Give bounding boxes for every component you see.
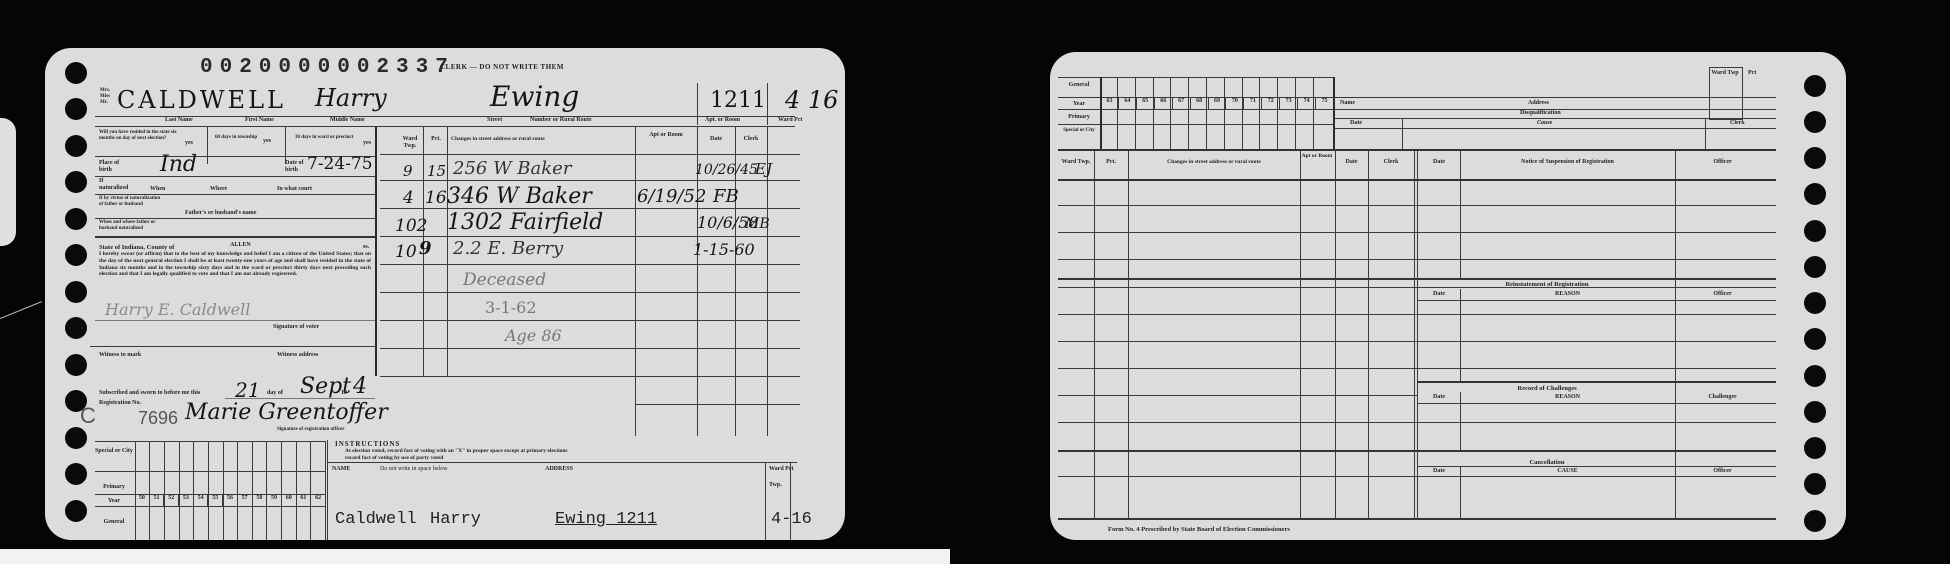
label-middle-name: Middle Name	[330, 117, 365, 124]
oath-state-county: State of Indiana, County of	[99, 244, 174, 251]
resided-answer: yes	[185, 140, 193, 147]
col-suspension-date: Date	[1418, 159, 1460, 166]
col-apt: Apt or Room	[637, 132, 695, 139]
label-naturalized: If naturalized	[99, 178, 133, 192]
label-date-back: Date	[1350, 120, 1362, 127]
film-edge-fragment	[0, 118, 16, 246]
instructions-title: INSTRUCTIONS	[335, 440, 400, 448]
oath-county: ALLEN	[230, 242, 251, 249]
film-bottom-strip	[0, 549, 950, 564]
days-ward-answer: yes	[363, 140, 371, 147]
stub-ward-pct: 4-16	[771, 510, 812, 529]
label-name-back: Name	[1340, 100, 1355, 107]
label-day-of: day of	[267, 390, 283, 397]
registrar-signature: Marie Greentoffer	[185, 400, 388, 425]
label-stub-twp: Twp.	[769, 482, 782, 489]
stub-address: Ewing 1211	[555, 510, 657, 529]
oath-ss: ss.	[363, 244, 369, 251]
label-place-of-birth: Place of birth	[99, 160, 123, 174]
label-address-back: Address	[1528, 100, 1549, 107]
label-year-prefix: 19	[341, 390, 347, 397]
label-disqualification: Disqualification	[1520, 110, 1561, 117]
serial-number: 0020000002337	[200, 56, 455, 79]
label-where: Where	[210, 186, 227, 193]
date-of-birth: 7-24-75	[307, 154, 373, 174]
label-stub-address: ADDRESS	[545, 466, 573, 473]
label-last-name: Last Name	[165, 117, 193, 124]
label-date-of-birth: Date of birth	[285, 160, 307, 174]
label-resided: Will you have resided in the state six m…	[99, 130, 179, 142]
days-township-answer: yes	[263, 138, 271, 145]
col-ward-twp: Ward Twp.	[397, 136, 423, 150]
col-suspension-notice: Notice of Suspension of Registration	[1460, 159, 1675, 166]
col-date: Date	[697, 136, 735, 143]
place-of-birth: Ind	[160, 152, 197, 177]
form-footer: Form No. 4 Prescribed by State Board of …	[1108, 526, 1290, 533]
label-when: When	[150, 186, 165, 193]
label-cause: Cause	[1537, 120, 1552, 127]
label-no-write: Do not write in space below	[380, 466, 447, 473]
instructions-line1: At election voted, record fact of voting…	[345, 448, 815, 455]
label-apt-rooms: Apt. or Room	[705, 117, 740, 124]
instructions-line2: record fact of voting by use of party vo…	[345, 455, 443, 462]
registration-card-back: General Year Primary Special or City 63 …	[1050, 52, 1846, 540]
label-ward-pct: Ward Pct	[778, 117, 803, 124]
label-witness-mark: Witness to mark	[99, 352, 141, 359]
oath-text: I hereby swear (or affirm) that to the b…	[99, 251, 371, 278]
ward-pct-value: 4 16	[785, 86, 838, 114]
subscribed-year: 4	[353, 374, 367, 399]
col-changes: Changes in street address or rural route	[451, 136, 635, 143]
side-mark: C	[80, 403, 96, 429]
col-clerk: Clerk	[735, 136, 767, 143]
label-stub-name: NAME	[332, 466, 350, 473]
label-pct-back: Pct	[1748, 70, 1756, 77]
label-witness-address: Witness address	[277, 352, 318, 359]
label-clerk-back: Clerk	[1730, 120, 1745, 127]
subscribed-text: Subscribed and sworn to before me this	[99, 390, 200, 397]
street-name: Ewing	[490, 80, 579, 113]
stub-first-name: Harry	[430, 510, 481, 529]
first-name: Harry	[315, 84, 387, 112]
label-court: In what court	[277, 186, 312, 193]
registration-card-front: 0020000002337 CLERK — DO NOT WRITE THEM …	[45, 48, 845, 540]
label-by-virtue: If by virtue of naturalization of father…	[99, 196, 164, 208]
label-signature-officer: Signature of registration officer	[277, 426, 344, 433]
label-ward-twp-back: Ward Twp	[1710, 70, 1740, 77]
film-scratch	[0, 301, 42, 319]
label-when-where-father: When and where father or husband natural…	[99, 220, 169, 232]
label-fathers-name: Father's or husband's name	[185, 210, 256, 217]
title-prefix: Mrs. Miss Mr.	[100, 88, 114, 106]
street-number: 1211	[710, 88, 766, 113]
last-name: CALDWELL	[117, 86, 286, 114]
col-suspension-officer: Officer	[1675, 159, 1770, 166]
label-days-ward: 30 days in ward or precinct	[295, 135, 355, 141]
label-signature-voter: Signature of voter	[273, 324, 319, 331]
label-days-township: 60 days in township	[215, 135, 260, 141]
label-first-name: First Name	[245, 117, 274, 124]
challenges-title: Record of Challenges	[1418, 385, 1676, 392]
col-pct: Pct.	[425, 136, 447, 143]
stub-last-name: Caldwell	[335, 510, 417, 529]
voter-signature-faint: Harry E. Caldwell	[105, 300, 250, 319]
registration-number: 7696	[138, 408, 178, 429]
header-warning: CLERK — DO NOT WRITE THEM	[440, 63, 564, 71]
label-registration-no: Registration No.	[99, 400, 141, 407]
label-street: Street	[487, 117, 502, 124]
label-number-rural: Number or Rural Route	[530, 117, 592, 124]
cancellation-title: Cancellation	[1418, 459, 1676, 466]
